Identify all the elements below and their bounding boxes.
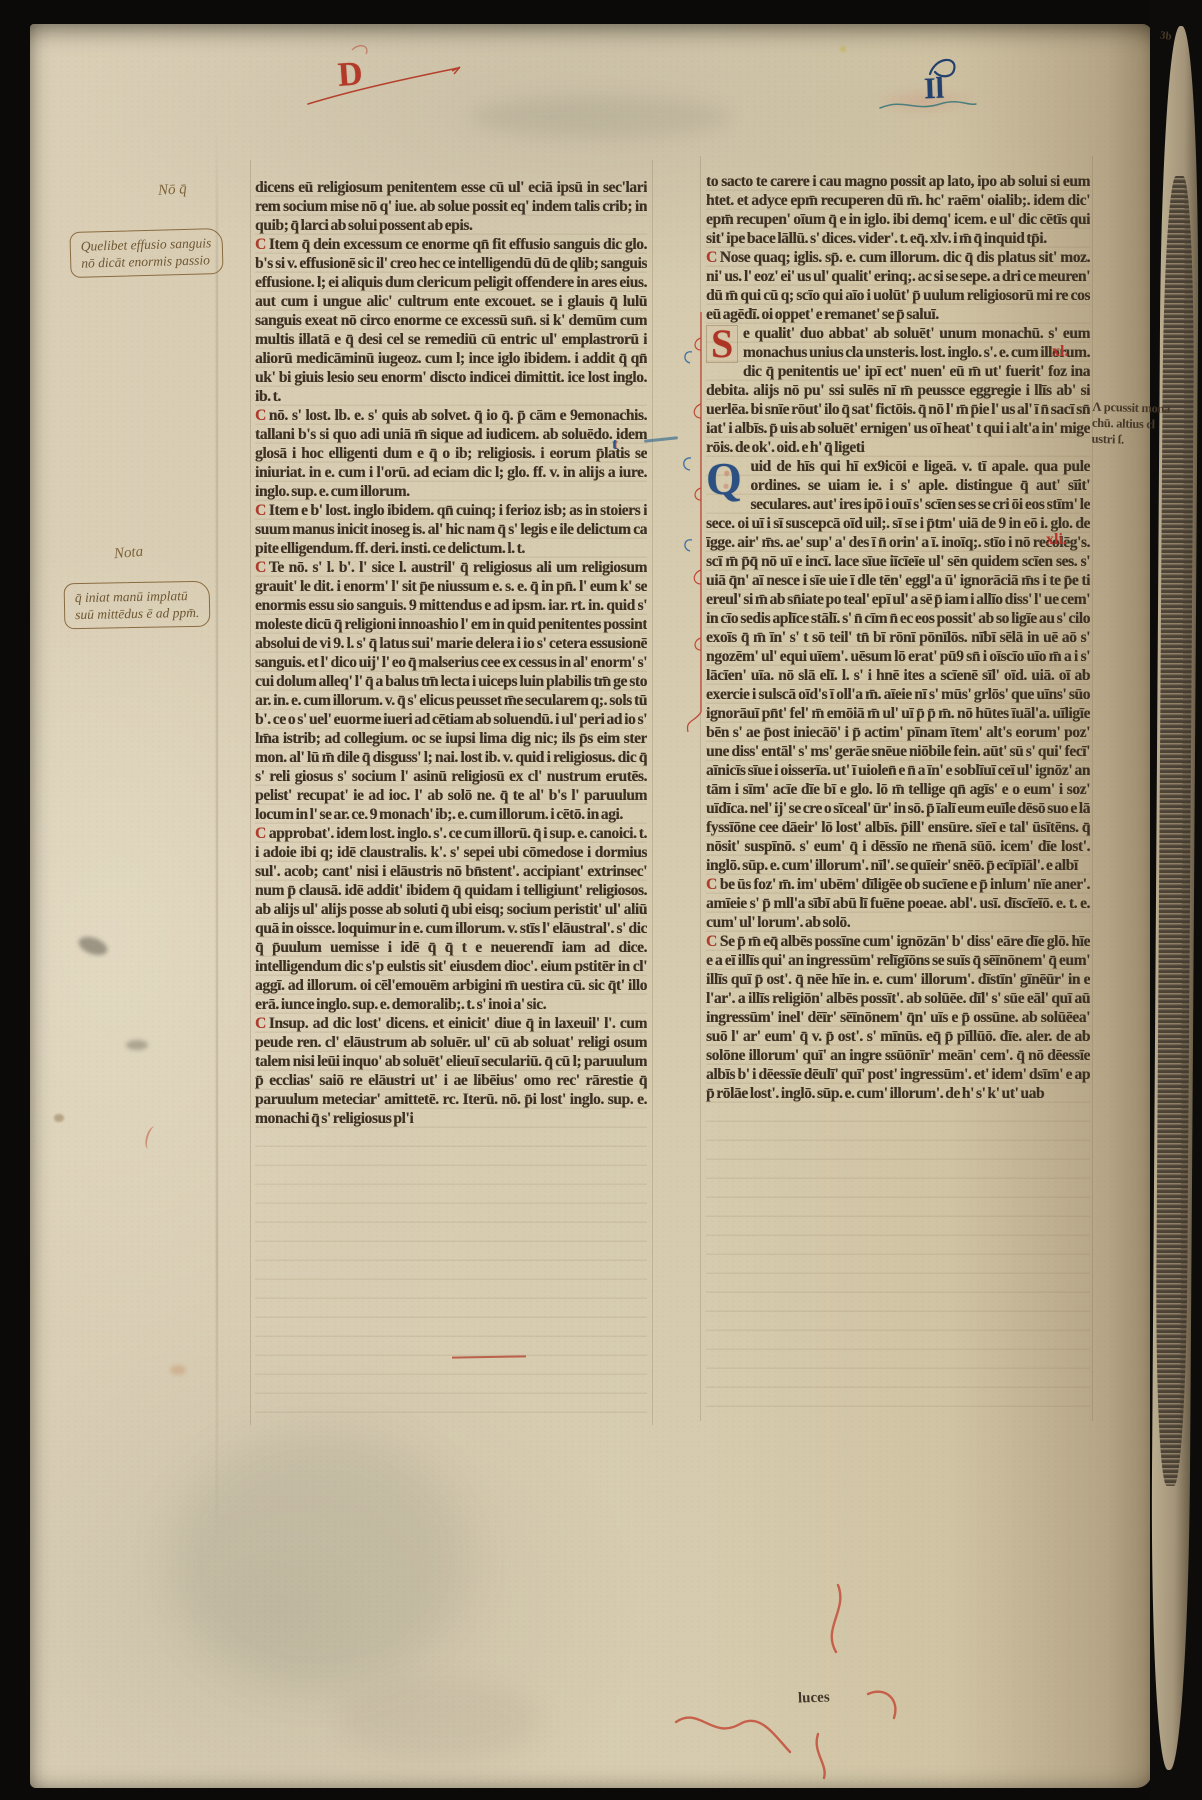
blue-pen-flourish xyxy=(872,46,1022,132)
text-paragraph: Capprobat'. idem lost. inglo. s'. ce cum… xyxy=(255,824,647,1014)
note-line: q̄ iniat manū implatū xyxy=(75,587,199,606)
text-paragraph: Quid de hīs qui hī ex9icōi e ligeā. v. t… xyxy=(706,457,1090,875)
text-paragraph: CItem e b' lost. inglo ibidem. qn̄ cuinq… xyxy=(255,501,647,558)
text-paragraph: CTe nō. s' l. b'. l' sice l. austril' q̄… xyxy=(255,558,647,824)
running-header-right: Il xyxy=(872,46,1022,132)
margin-note-right: Λ pcussit monachū. altius clustri ſ. xyxy=(1091,399,1192,450)
note-line: suū mittēdus ē ad ppm̄. xyxy=(75,604,199,623)
margin-note-label: Nota xyxy=(113,544,144,563)
section-number-xl: xl. xyxy=(1052,343,1068,361)
text-paragraph: CSe p̄ m̄ eq̄ albēs possīne cum' ignōzān… xyxy=(706,932,1090,1103)
blue-touched-letter: t xyxy=(612,436,617,454)
vertical-crease xyxy=(216,130,218,1550)
paraph-mark: C xyxy=(706,933,720,950)
ruling-line xyxy=(652,160,653,1425)
ruling-line xyxy=(250,160,251,1425)
next-folio-text-edge xyxy=(1155,176,1195,1486)
text-paragraph: Se qualit' duo abbat' ab soluēt' unum mo… xyxy=(706,324,1090,457)
text-paragraph: CNose quaq; iglis. sp̄. e. cum illorum. … xyxy=(706,248,1090,324)
paraph-mark: C xyxy=(255,502,269,519)
paraph-mark: C xyxy=(255,407,269,424)
ruling-line xyxy=(1092,156,1093,1421)
text-paragraph: CItem q̄ dein excessum ce enorme qn̄ fit… xyxy=(255,235,647,406)
paraph-mark: C xyxy=(255,825,269,842)
photograph-background: 3b D Il dicens eū religiosum penitentem … xyxy=(0,0,1202,1800)
margin-note-box: Quelibet effusio sanguisnō dicāt enormis… xyxy=(69,228,223,278)
red-bottom-flourishes xyxy=(660,1575,920,1785)
note-line: ustri ſ. xyxy=(1091,431,1191,450)
text-paragraph: Cnō. s' lost. lb. e. s' quis ab solvet. … xyxy=(255,406,647,501)
text-paragraph: CInsup. ad dic lost' dicens. et einicit'… xyxy=(255,1014,647,1128)
text-column-right: to sacto te carere i cau magno possit ap… xyxy=(706,172,1090,1418)
running-header-left: D xyxy=(300,38,470,118)
margin-note-label: Nō q̄ xyxy=(158,181,188,199)
text-paragraph: Cbe ūs foz' m̄. im' ubēm' dīligēe ob suc… xyxy=(706,875,1090,932)
paraph-mark: C xyxy=(255,1015,269,1032)
text-paragraph: to sacto te carere i cau magno possit ap… xyxy=(706,172,1090,248)
red-pen-flourish xyxy=(300,38,470,118)
text-column-left: dicens eū religiosum penitentem esse cū … xyxy=(255,178,647,1418)
paraph-mark: C xyxy=(255,559,269,576)
note-line: nō dicāt enormis passio xyxy=(81,251,212,271)
folio-number-mark: 3b xyxy=(1159,29,1172,42)
paraph-mark: C xyxy=(255,236,269,253)
paraph-mark: C xyxy=(706,876,720,893)
margin-note-box: q̄ iniat manū implatūsuū mittēdus ē ad p… xyxy=(64,581,211,630)
gutter-penwork-filigree xyxy=(684,308,718,738)
text-paragraph: dicens eū religiosum penitentem esse cū … xyxy=(255,178,647,235)
paraph-mark: C xyxy=(706,249,720,266)
section-number-xli: xli. xyxy=(1046,531,1067,549)
